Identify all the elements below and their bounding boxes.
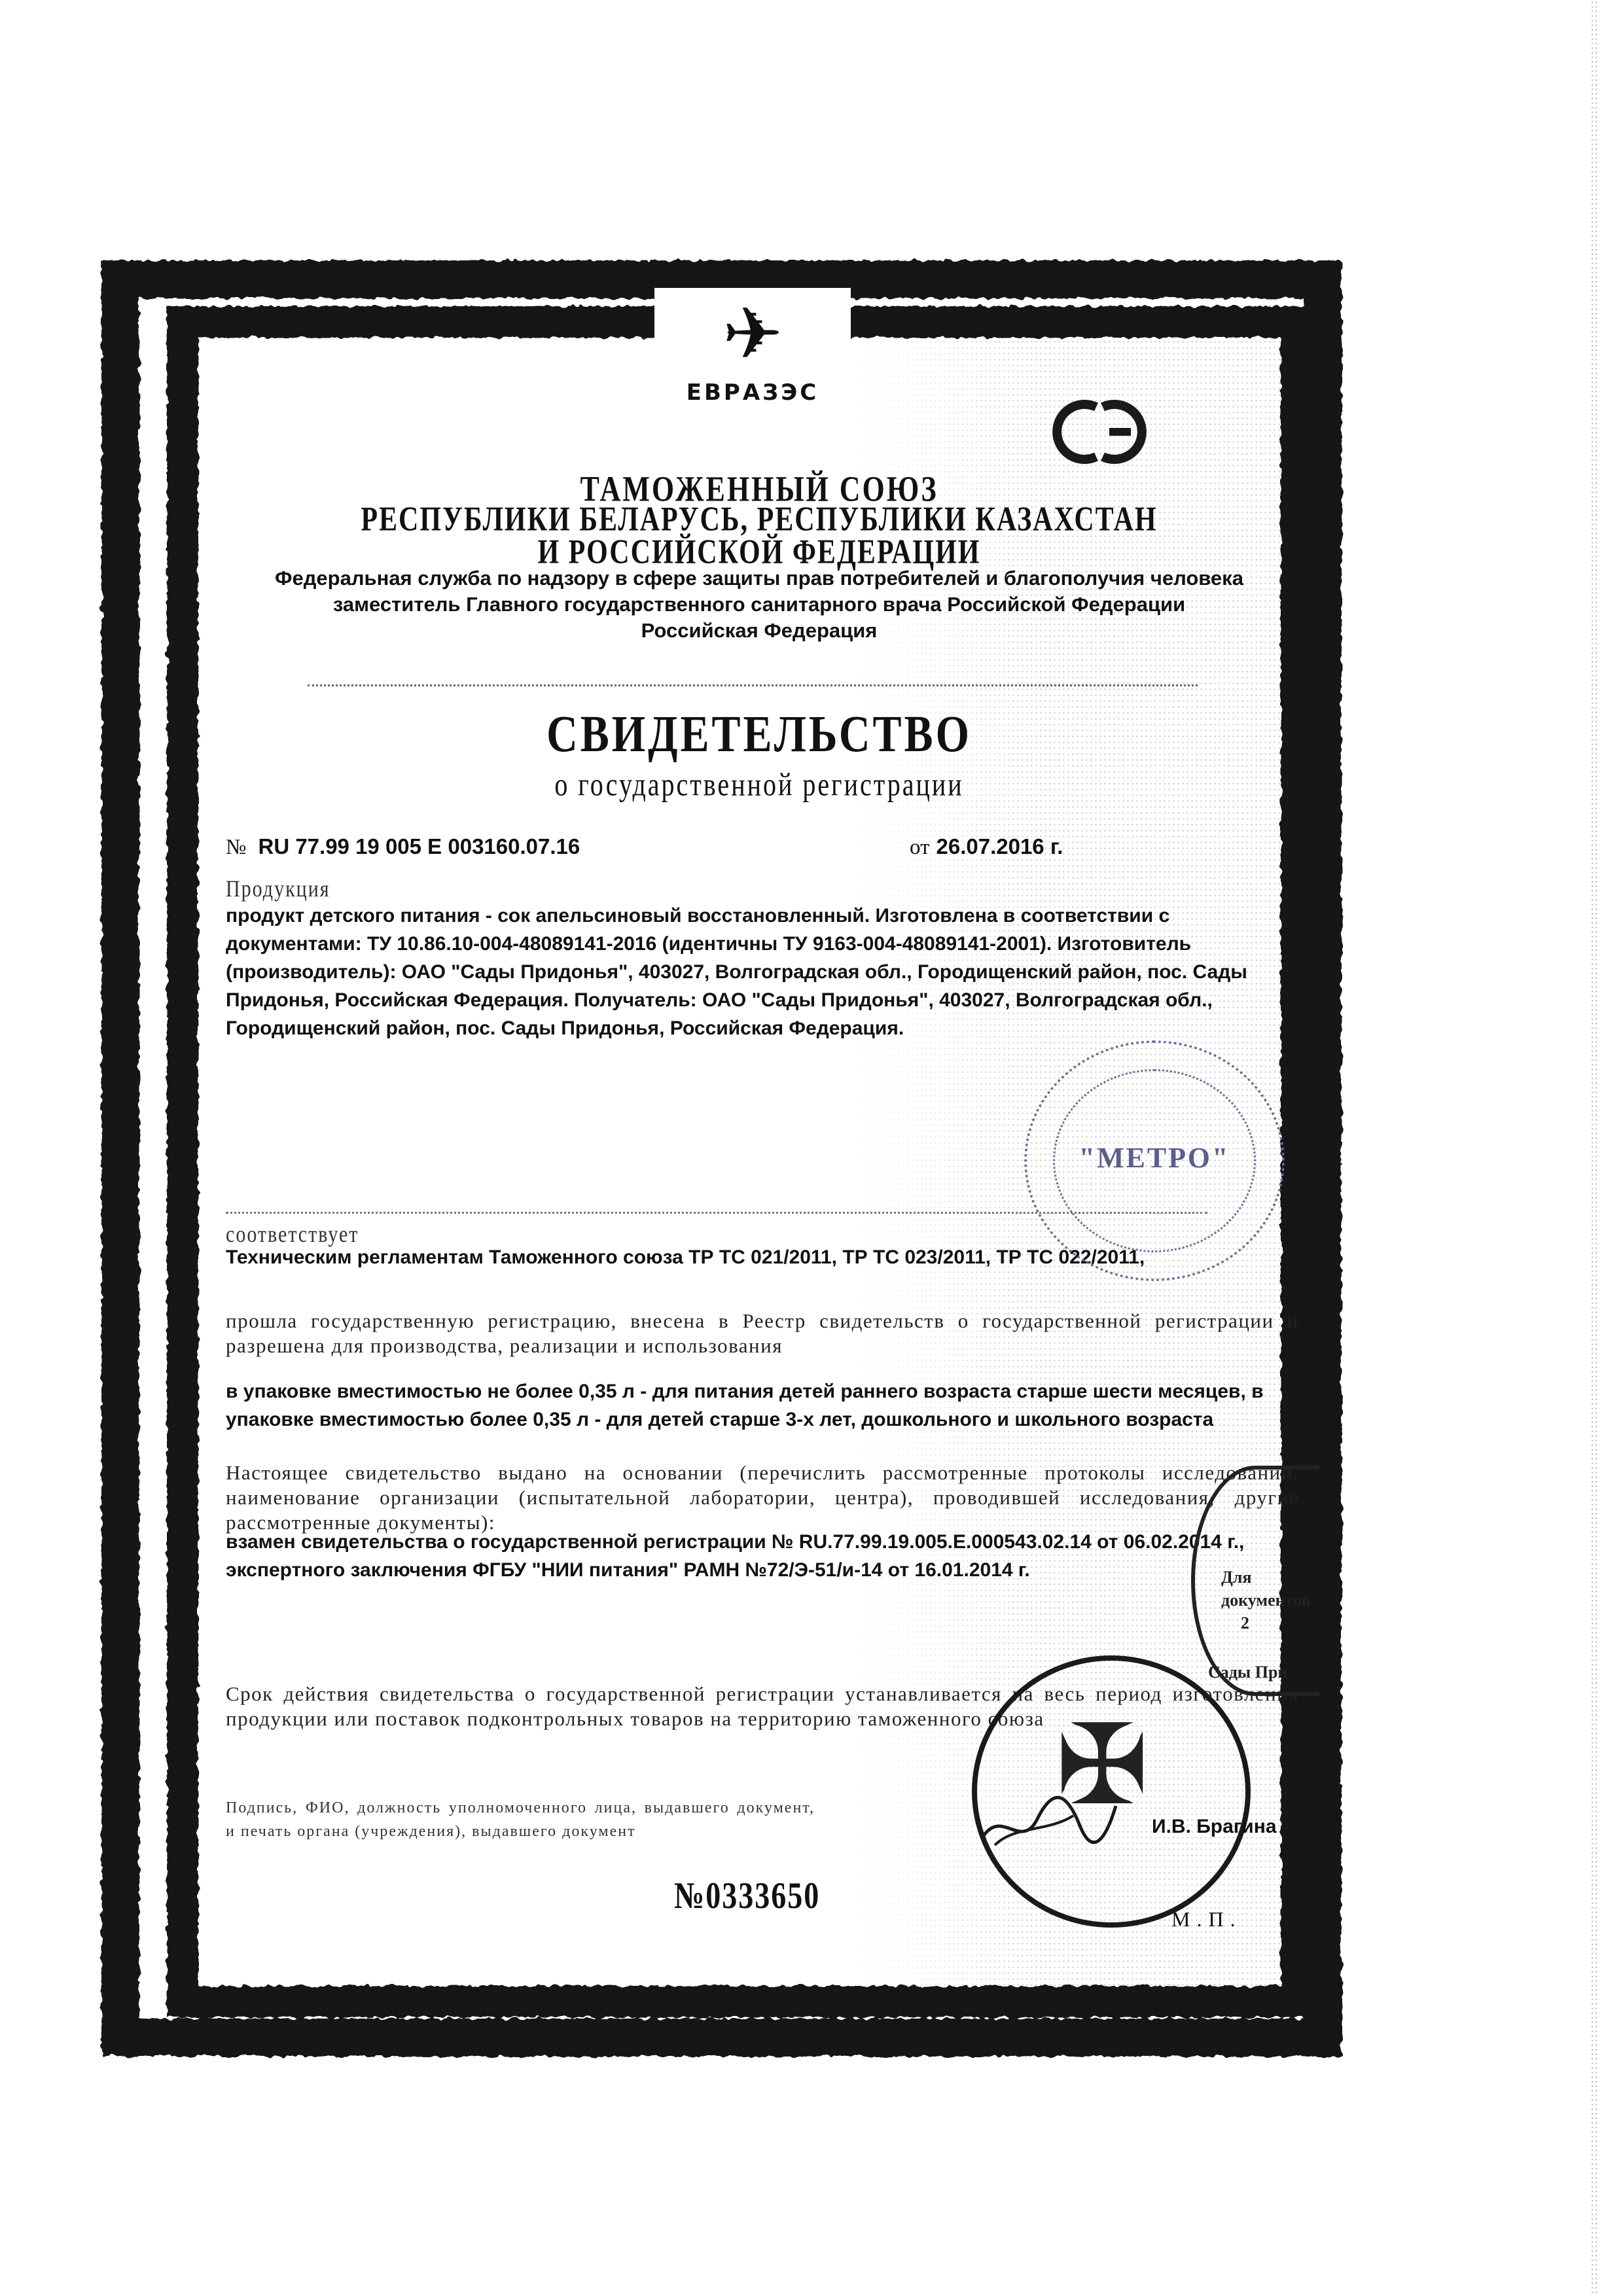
- eurasec-logo: ✈ ЕВРАЗЭС: [654, 288, 851, 432]
- number-label: №: [226, 836, 247, 859]
- agency-line-1: Федеральная служба по надзору в сфере за…: [216, 565, 1302, 592]
- seal-place-label: М.П.: [1171, 1907, 1242, 1932]
- metro-stamp: "МЕТРО": [1024, 1040, 1285, 1281]
- documents-stamp: Для документов 2 Сады При: [1191, 1466, 1319, 1696]
- basis-documents: взамен свидетельства о государственной р…: [226, 1528, 1299, 1584]
- registration-number: №RU 77.99 19 005 E 003160.07.16: [226, 834, 580, 860]
- signer-name: И.В. Брагина: [1152, 1816, 1277, 1838]
- date-value: 26.07.2016 г.: [936, 834, 1063, 858]
- registration-statement: прошла государственную регистрацию, внес…: [226, 1309, 1299, 1358]
- agency-line-2: заместитель Главного государственного са…: [216, 592, 1302, 618]
- usage-conditions: в упаковке вместимостью не более 0,35 л …: [226, 1377, 1299, 1434]
- registration-date: от26.07.2016 г.: [910, 834, 1063, 860]
- date-label: от: [910, 836, 930, 859]
- document-subtitle: о государственной регистрации: [216, 765, 1302, 804]
- issuing-agency: Федеральная служба по надзору в сфере за…: [216, 565, 1302, 644]
- basis-statement: Настоящее свидетельство выдано на основа…: [226, 1460, 1299, 1535]
- document-title: СВИДЕТЕЛЬСТВО: [216, 705, 1302, 764]
- signature-label: Подпись, ФИО, должность уполномоченного …: [226, 1796, 815, 1843]
- certificate-page: ✈ ЕВРАЗЭС ТАМОЖЕННЫЙ СОЮЗ РЕСПУБЛИКИ БЕЛ…: [0, 0, 1623, 2296]
- agency-underline: [308, 684, 1198, 686]
- handwritten-signature: [975, 1780, 1119, 1858]
- product-description: продукт детского питания - сок апельсино…: [226, 902, 1299, 1042]
- number-value: RU 77.99 19 005 E 003160.07.16: [259, 834, 580, 858]
- se-conformity-mark-icon: [1047, 393, 1152, 471]
- product-label: Продукция: [226, 876, 330, 903]
- eurasec-logo-text: ЕВРАЗЭС: [654, 380, 851, 406]
- metro-stamp-name: "МЕТРО": [1027, 1141, 1282, 1174]
- form-serial-number: №0333650: [674, 1873, 820, 1916]
- agency-line-3: Российская Федерация: [216, 618, 1302, 644]
- scan-edge: [1590, 0, 1598, 2296]
- eurasec-emblem-icon: ✈: [654, 288, 851, 380]
